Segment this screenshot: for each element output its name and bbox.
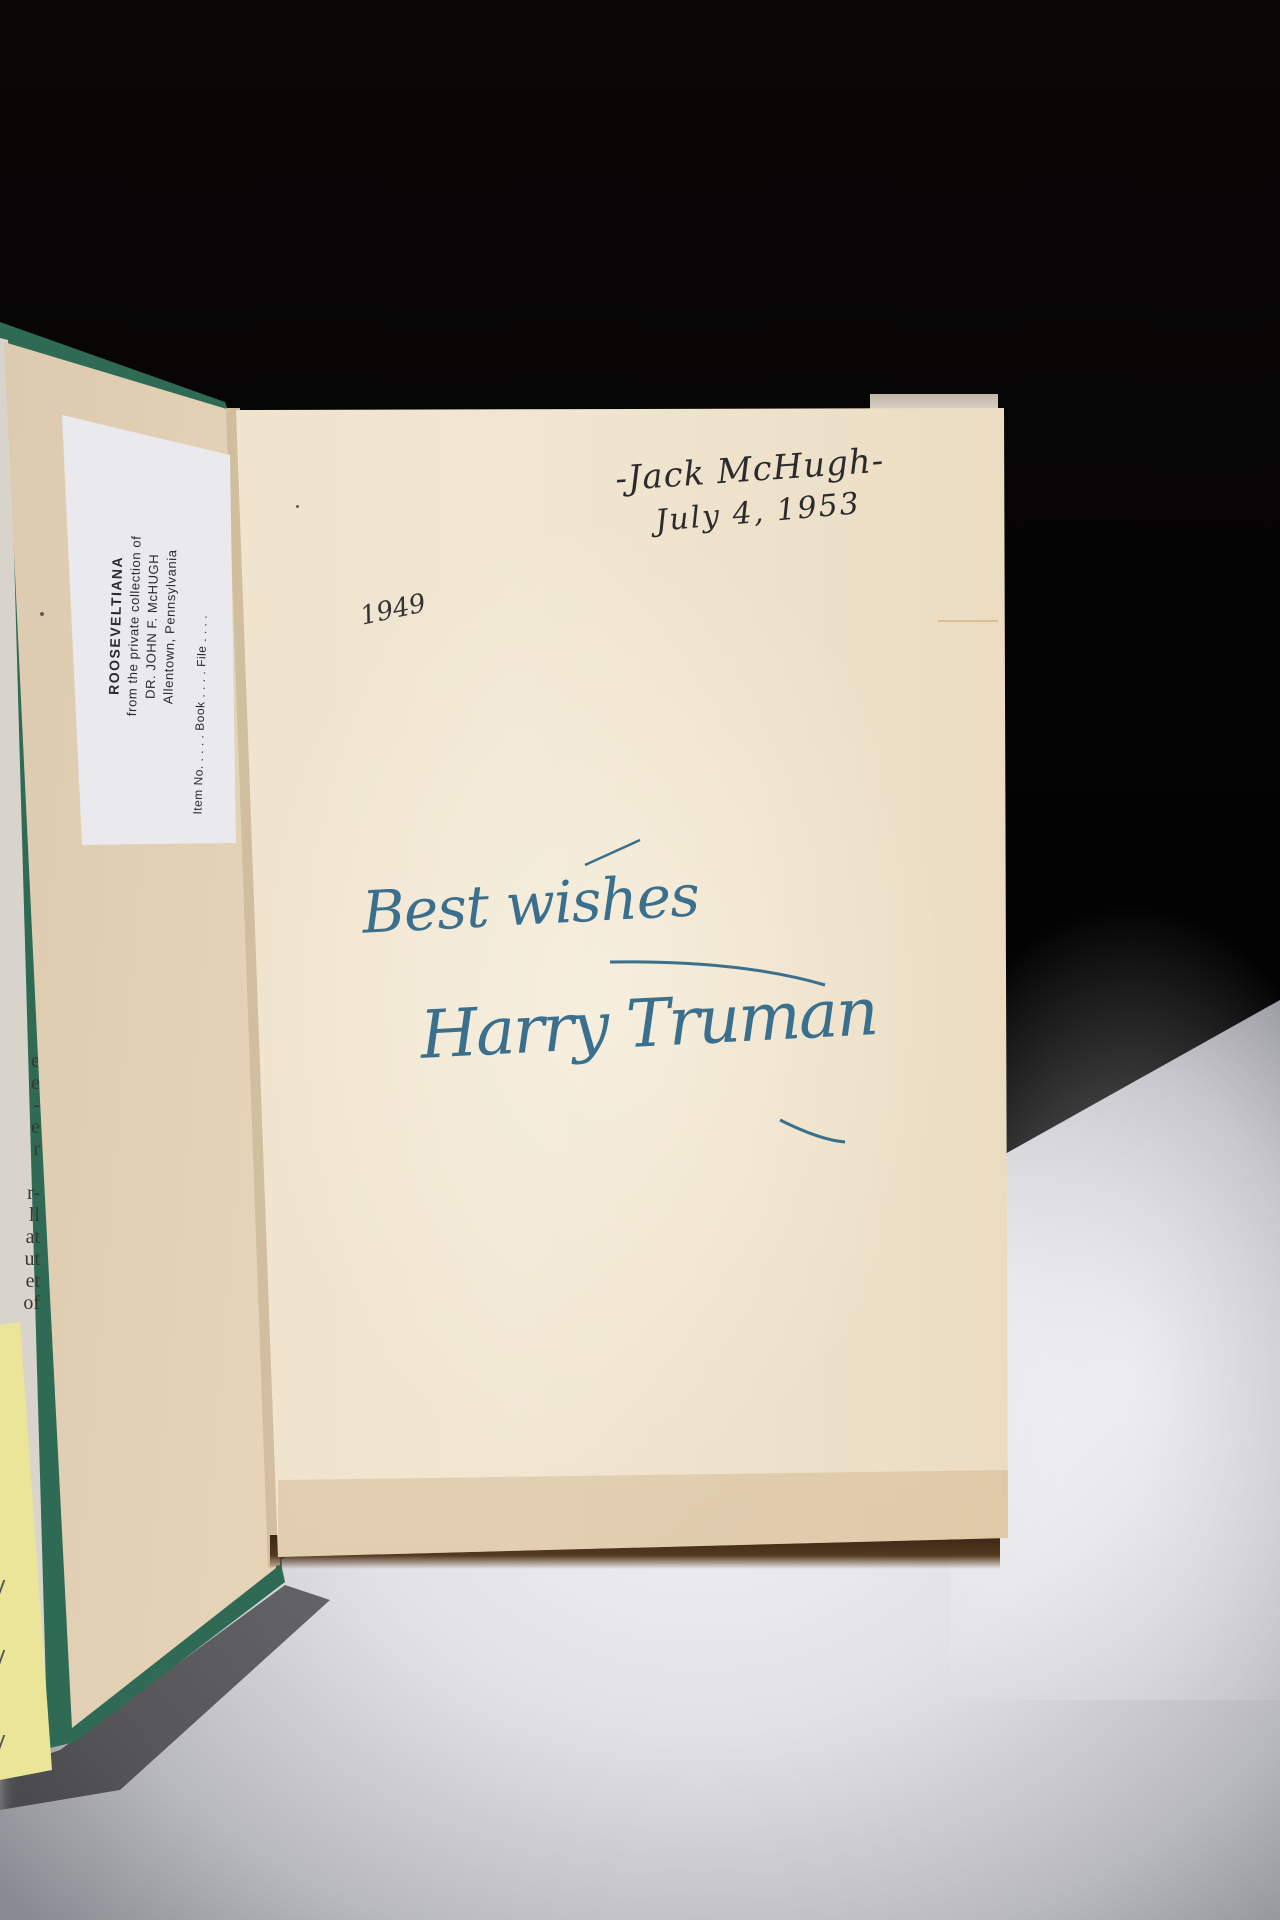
jacket-fragment: et — [0, 1270, 40, 1292]
book-photo-scene: e e - e r r- ll at ut et of ROOSEVELTIAN… — [0, 0, 1280, 1920]
jacket-flap-text: e e - e r r- ll at ut et of — [0, 1050, 40, 1314]
jacket-fragment: ll — [0, 1204, 40, 1226]
signature-flourish — [340, 810, 940, 1170]
jacket-fragment: e — [0, 1072, 40, 1094]
jacket-fragment: e — [0, 1116, 40, 1138]
bookplate-fields: Item No. . . . . Book . . . . File . . .… — [186, 422, 219, 832]
page-crease — [938, 620, 998, 622]
jacket-fragment: - — [0, 1094, 40, 1116]
jacket-fragment: r- — [0, 1182, 40, 1204]
paper-speck — [296, 505, 299, 508]
jacket-fragment: of — [0, 1292, 40, 1314]
paper-speck — [40, 612, 44, 616]
jacket-fragment: ut — [0, 1248, 40, 1270]
sticky-note-pen-marks — [0, 1560, 20, 1760]
jacket-fragment: e — [0, 1050, 40, 1072]
dust-jacket-top-edge — [870, 394, 998, 410]
bookplate-text: ROOSEVELTIANA from the private collectio… — [100, 420, 251, 834]
jacket-fragment: at — [0, 1226, 40, 1248]
jacket-fragment: r — [0, 1138, 40, 1160]
jacket-fragment — [0, 1160, 40, 1182]
